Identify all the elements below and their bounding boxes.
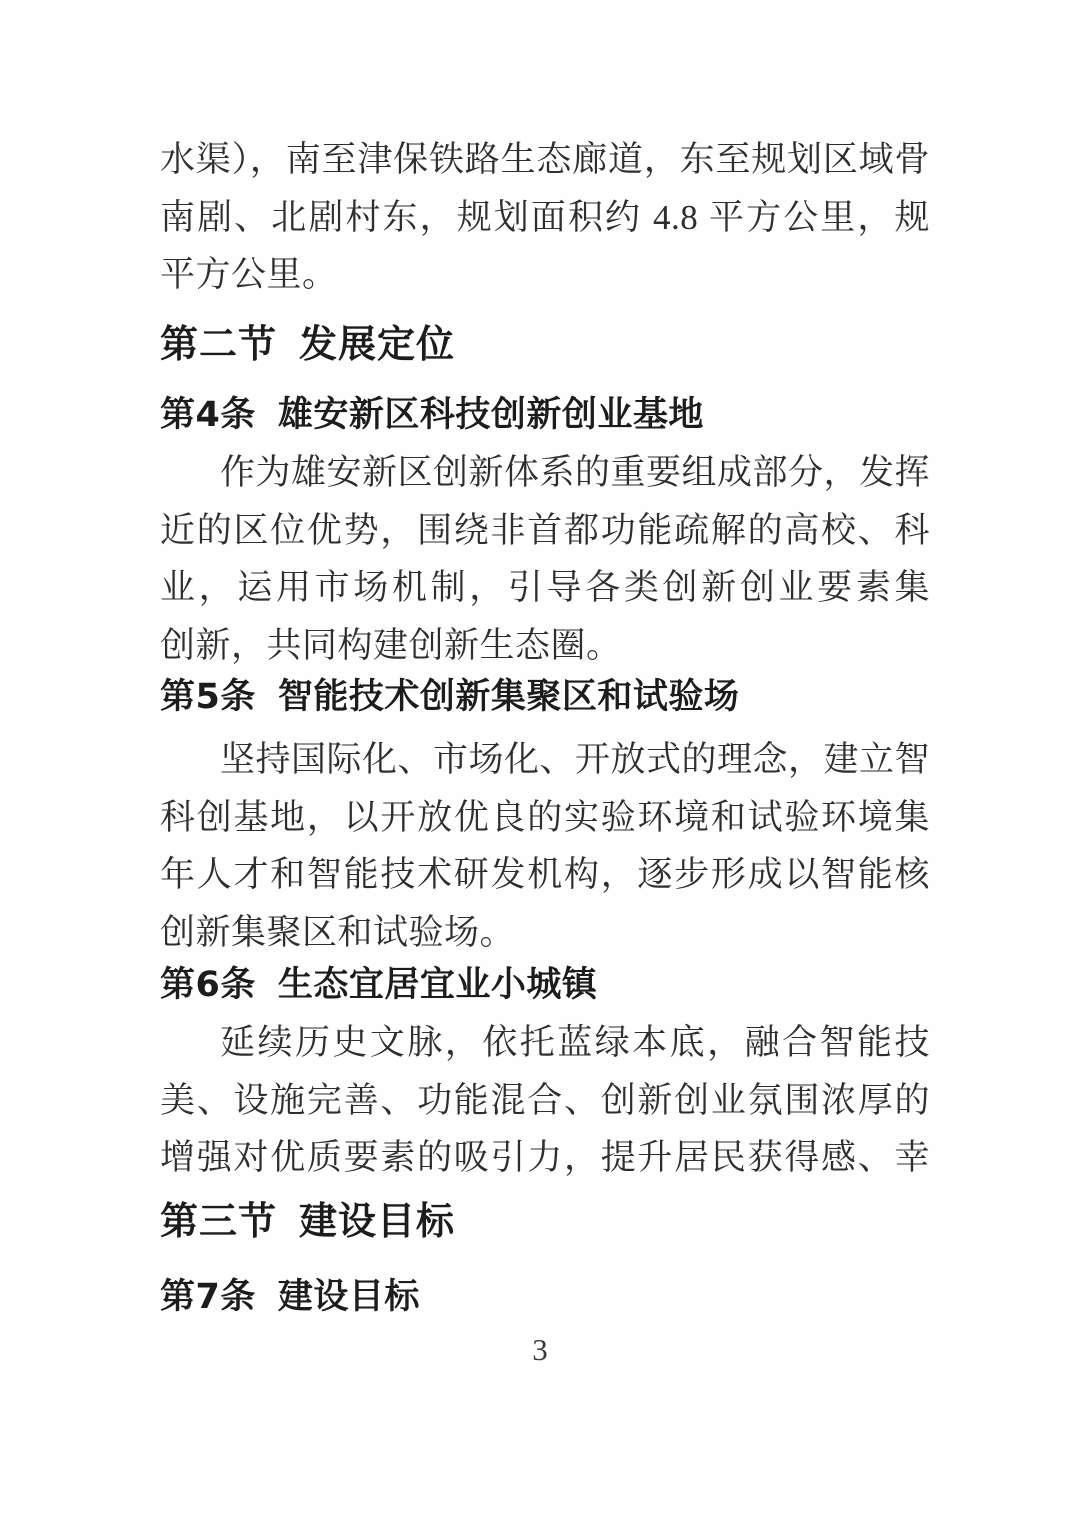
paragraph-article-4: 作为雄安新区创新体系的重要组成部分，发挥距离起步区较 近的区位优势，围绕非首都功… xyxy=(160,444,930,674)
body-line: 美、设施完善、功能混合、创新创业氛围浓厚的生态智能小城镇， xyxy=(160,1072,930,1130)
section-heading-3: 第三节建设目标 xyxy=(160,1199,930,1243)
document-page: 水渠），南至津保铁路生态廊道，东至规划区域骨干道路，西至 南剧、北剧村东，规划面… xyxy=(0,0,1080,1527)
body-line: 南剧、北剧村东，规划面积约 4.8 平方公里，规划建设用地约 3.2 xyxy=(160,189,930,247)
page-number: 3 xyxy=(0,1332,1080,1368)
article-title: 智能技术创新集聚区和试验场 xyxy=(278,677,740,717)
body-line: 业，运用市场机制，引导各类创新创业要素集聚，与起步区协同 xyxy=(160,559,930,617)
paragraph-intro-continuation: 水渠），南至津保铁路生态廊道，东至规划区域骨干道路，西至 南剧、北剧村东，规划面… xyxy=(160,131,930,304)
article-heading-6: 第6条生态宜居宜业小城镇 xyxy=(160,964,930,1006)
article-number: 第5条 xyxy=(160,677,256,717)
paragraph-article-5: 坚持国际化、市场化、开放式的理念，建立智能技术科研和 科创基地，以开放优良的实验… xyxy=(160,731,930,961)
body-line: 平方公里。 xyxy=(160,246,930,304)
paragraph-article-6: 延续历史文脉，依托蓝绿本底，融合智能技术，建设环境优 美、设施完善、功能混合、创… xyxy=(160,1014,930,1187)
body-line: 创新集聚区和试验场。 xyxy=(160,904,930,962)
body-line: 水渠），南至津保铁路生态廊道，东至规划区域骨干道路，西至 xyxy=(160,131,930,189)
section-number: 第三节 xyxy=(160,1199,277,1243)
body-line: 近的区位优势，围绕非首都功能疏解的高校、科研机构和核心企 xyxy=(160,502,930,560)
body-line: 创新，共同构建创新生态圈。 xyxy=(160,617,930,675)
body-line: 坚持国际化、市场化、开放式的理念，建立智能技术科研和 xyxy=(160,731,930,789)
body-line: 科创基地，以开放优良的实验环境和试验环境集聚创新人才、青 xyxy=(160,789,930,847)
article-heading-7: 第7条建设目标 xyxy=(160,1276,930,1318)
section-number: 第二节 xyxy=(160,322,277,366)
section-title: 发展定位 xyxy=(299,322,455,366)
article-heading-5: 第5条智能技术创新集聚区和试验场 xyxy=(160,676,930,718)
article-number: 第4条 xyxy=(160,395,256,435)
article-title: 雄安新区科技创新创业基地 xyxy=(278,395,704,435)
article-title: 生态宜居宜业小城镇 xyxy=(278,965,598,1005)
article-number: 第7条 xyxy=(160,1277,256,1317)
section-heading-2: 第二节发展定位 xyxy=(160,322,930,366)
body-line: 增强对优质要素的吸引力，提升居民获得感、幸福感和安全感。 xyxy=(160,1129,930,1187)
article-title: 建设目标 xyxy=(278,1277,420,1317)
body-line: 延续历史文脉，依托蓝绿本底，融合智能技术，建设环境优 xyxy=(160,1014,930,1072)
body-line: 年人才和智能技术研发机构，逐步形成以智能核心技术为引领的 xyxy=(160,846,930,904)
article-number: 第6条 xyxy=(160,965,256,1005)
article-heading-4: 第4条雄安新区科技创新创业基地 xyxy=(160,394,930,436)
body-line: 作为雄安新区创新体系的重要组成部分，发挥距离起步区较 xyxy=(160,444,930,502)
section-title: 建设目标 xyxy=(299,1199,455,1243)
